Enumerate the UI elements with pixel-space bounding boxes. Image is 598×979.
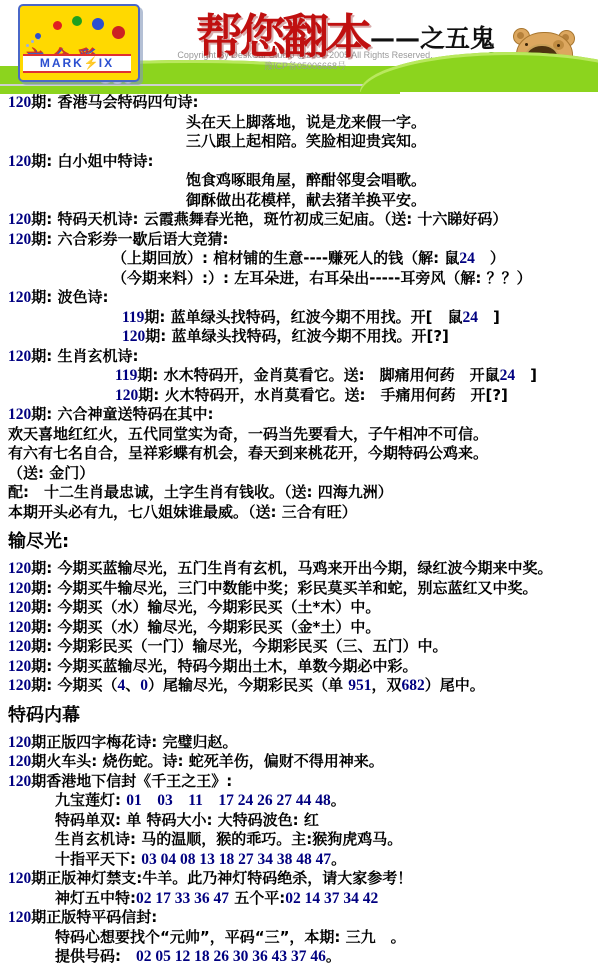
text-segment: ] [515,366,537,384]
text-segment: ） [475,249,505,267]
text-segment: 期: 特码天机诗: 云霞燕舞春光艳，斑竹初成三妃庙。（送: 十六睇好码） [31,210,507,228]
text-line: 120期: 今期买牛输尽光，三门中数能中奖；彩民莫买羊和蛇，别忘蓝红又中奖。 [8,579,596,599]
number-segment: 120 [8,211,31,228]
number-segment: 0 [140,677,148,694]
text-segment: ] [478,308,500,326]
text-line: 120期: 波色诗: [8,288,596,308]
number-segment: 24 [500,367,516,384]
text-segment: 期: 火木特码开，水肖莫看它。送: 手痛用何药 开[?] [138,386,508,404]
text-segment: 五个平: [229,889,285,907]
text-segment: （送: 金门） [8,464,94,482]
ball-icon [92,18,104,30]
text-segment: 期: 今期买（水）输尽光，今期彩民买（土*木）中。 [31,598,380,616]
number-segment: 120 [8,638,31,655]
text-line: 120期火车头: 烧伤蛇。诗: 蛇死羊伤，偏财不得用神来。 [8,752,596,772]
number-segment: 120 [115,387,138,404]
text-line: 三八跟上起相陪。笑脸相迎贵宾知。 [8,132,596,152]
lightning-icon: ⚡ [84,56,99,70]
text-line: 御酥做出花模样，献去猪羊换平安。 [8,191,596,211]
text-line: 欢天喜地红红火，五代同堂实为奇，一码当先要看大，子午相冲不可信。 [8,425,596,445]
text-line: 120期: 白小姐中特诗: [8,152,596,172]
number-segment: 120 [8,153,31,170]
text-segment: 特码单双: 单 特码大小: 大特码波色: 红 [55,811,319,829]
ball-icon [72,16,82,26]
text-line: 120期: 特码天机诗: 云霞燕舞春光艳，斑竹初成三妃庙。（送: 十六睇好码） [8,210,596,230]
number-segment: 120 [8,773,31,790]
text-line: （送: 金门） [8,464,596,484]
text-segment: 御酥做出花模样，献去猪羊换平安。 [186,191,426,209]
text-line: 120期正版神灯禁支:牛羊。此乃神灯特码绝杀，请大家参考！ [8,869,596,889]
text-segment: 期香港地下信封《千王之王》: [31,772,232,790]
text-segment: 期火车头: 烧伤蛇。诗: 蛇死羊伤，偏财不得用神来。 [31,752,383,770]
text-segment: 十指平天下: [55,850,141,868]
page-title: 帮您翻本——之五鬼 [196,0,495,67]
number-segment: 119 [122,309,144,326]
text-line: 120期: 六合彩券一歇后语大竞猜: [8,230,596,250]
number-segment: 120 [8,560,31,577]
text-line: 配: 十二生肖最忠诚，土字生肖有钱收。（送: 四海九洲） [8,483,596,503]
number-segment: 120 [8,870,31,887]
text-line: 120期: 今期买蓝输尽光，特码今期出土木，单数今期必中彩。 [8,657,596,677]
number-segment: 02 17 33 36 47 [136,890,229,907]
text-segment: 欢天喜地红红火，五代同堂实为奇，一码当先要看大，子午相冲不可信。 [8,425,488,443]
ball-icon [35,33,41,39]
text-segment: 期: 六合神童送特码在其中: [31,405,213,423]
text-segment: 期正版神灯禁支:牛羊。此乃神灯特码绝杀，请大家参考！ [31,869,412,887]
number-segment: 120 [8,599,31,616]
text-segment: 期: 今期彩民买（一门）输尽光，今期彩民买（三、五门）中。 [31,637,447,655]
text-line: 提供号码: 02 05 12 18 26 30 36 43 37 46。 [8,947,596,967]
text-segment: ）尾中。 [425,676,485,694]
text-segment: ，双 [371,676,401,694]
text-segment: 期正版特平码信封: [31,908,157,926]
text-segment: 生肖玄机诗: 马的温顺，猴的乖巧。主:猴狗虎鸡马。 [55,830,402,848]
logo-mark-six-text: MARK⚡IX [23,54,131,73]
number-segment: 24 [463,309,479,326]
bear-eye-icon [557,44,560,47]
text-line: 饱食鸡啄眼角屋，醉酣邻叟会唱歌。 [8,171,596,191]
text-segment: 期: 今期买蓝输尽光，五门生肖有玄机，马鸡来开出今期，绿红波今期来中奖。 [31,559,552,577]
text-line: 119期: 蓝单绿头找特码，红波今期不用找。开[ 鼠24 ] [8,308,596,328]
body-lines: 120期: 香港马会特码四句诗:头在天上脚落地，说是龙来假一字。三八跟上起相陪。… [0,88,598,967]
text-line: 120期: 今期买蓝输尽光，五门生肖有玄机，马鸡来开出今期，绿红波今期来中奖。 [8,559,596,579]
text-line: （今期来料）:）: 左耳朵进，右耳朵出-----耳旁风（解: ？？） [8,269,596,289]
text-segment: 期: 今期买（水）输尽光，今期彩民买（金*土）中。 [31,618,380,636]
title-subtitle: ——之五鬼 [370,24,495,53]
text-segment: 输尽光: [8,531,69,552]
text-line: 120期: 生肖玄机诗: [8,347,596,367]
text-segment: 期: 今期买（ [31,676,117,694]
text-line: 九宝莲灯: 01 03 11 17 24 26 27 44 48。 [8,791,596,811]
number-segment: 03 04 08 13 18 27 34 38 48 47 [141,851,331,868]
number-segment: 120 [8,406,31,423]
text-segment: （今期来料）:）: 左耳朵进，右耳朵出-----耳旁风（解: ？？） [112,269,532,287]
text-segment: ）尾输尽光，今期彩民买（单 [148,676,348,694]
text-line: 120期: 今期买（水）输尽光，今期彩民买（土*木）中。 [8,598,596,618]
text-line: 120期: 六合神童送特码在其中: [8,405,596,425]
number-segment: 119 [115,367,137,384]
text-segment: 。 [331,850,346,868]
text-line: （上期回放）: 棺材铺的生意----赚死人的钱（解: 鼠24 ） [8,249,596,269]
text-segment: 期: 六合彩券一歇后语大竞猜: [31,230,228,248]
text-segment: 期: 蓝单绿头找特码，红波今期不用找。开[?] [145,327,449,345]
text-segment: 有六有七名自合，呈祥彩蝶有机会，春天到来桃花开，今期特码公鸡来。 [8,444,488,462]
text-segment: 。 [326,947,341,965]
title-calligraphy: 帮您翻本 [196,10,368,65]
page-header: 六合彩 MARK⚡IX 帮您翻本——之五鬼 Copyright By DeskC… [0,0,598,88]
logo-mark-left: MARK [40,56,84,70]
text-segment: 期: 蓝单绿头找特码，红波今期不用找。开[ 鼠 [144,308,462,326]
text-line: 有六有七名自合，呈祥彩蝶有机会，春天到来桃花开，今期特码公鸡来。 [8,444,596,464]
mark-six-logo: 六合彩 MARK⚡IX [18,4,140,82]
number-segment: 120 [8,619,31,636]
text-line: 神灯五中特:02 17 33 36 47 五个平:02 14 37 34 42 [8,889,596,909]
text-line: 120期香港地下信封《千王之王》: [8,772,596,792]
text-segment: 神灯五中特: [55,889,136,907]
text-segment: 期: 白小姐中特诗: [31,152,153,170]
text-line: 头在天上脚落地，说是龙来假一字。 [8,113,596,133]
text-segment: 三八跟上起相陪。笑脸相迎贵宾知。 [186,132,426,150]
text-segment: 提供号码: [55,947,136,965]
text-line: 十指平天下: 03 04 08 13 18 27 34 38 48 47。 [8,850,596,870]
number-segment: 951 [348,677,371,694]
text-segment: 饱食鸡啄眼角屋，醉酣邻叟会唱歌。 [186,171,426,189]
text-line: 120期: 香港马会特码四句诗: [8,93,596,113]
number-segment: 120 [8,909,31,926]
text-segment: （上期回放）: 棺材铺的生意----赚死人的钱（解: 鼠 [112,249,459,267]
number-segment: 120 [8,94,31,111]
text-segment: 特码心想要找个“元帅”，平码“三”，本期: 三九 。 [55,928,406,946]
number-segment: 120 [8,677,31,694]
text-segment: 期: 今期买牛输尽光，三门中数能中奖；彩民莫买羊和蛇，别忘蓝红又中奖。 [31,579,537,597]
text-segment: 期: 今期买蓝输尽光，特码今期出土木，单数今期必中彩。 [31,657,417,675]
number-segment: 120 [8,580,31,597]
text-segment: 期: 生肖玄机诗: [31,347,138,365]
number-segment: 01 03 11 17 24 26 27 44 48 [126,792,331,809]
text-line: 120期: 今期买（水）输尽光，今期彩民买（金*土）中。 [8,618,596,638]
text-segment: 期: 水木特码开，金肖莫看它。送: 脚痛用何药 开鼠 [137,366,499,384]
text-line: 生肖玄机诗: 马的温顺，猴的乖巧。主:猴狗虎鸡马。 [8,830,596,850]
text-segment: 配: 十二生肖最忠诚，土字生肖有钱收。（送: 四海九洲） [8,483,393,501]
text-segment: 本期开头必有九，七八姐妹谁最威。（送: 三合有旺） [8,503,357,521]
number-segment: 120 [8,753,31,770]
text-segment: 九宝莲灯: [55,791,126,809]
section-heading: 输尽光: [8,531,596,553]
number-segment: 02 05 12 18 26 30 36 43 37 46 [136,948,326,965]
text-segment: 特码内幕 [8,705,80,726]
text-line: 120期正版特平码信封: [8,908,596,928]
text-segment: 、 [125,676,140,694]
number-segment: 682 [402,677,425,694]
text-segment: 。 [331,791,346,809]
text-line: 本期开头必有九，七八姐妹谁最威。（送: 三合有旺） [8,503,596,523]
number-segment: 24 [459,250,475,267]
ball-icon [53,21,62,30]
text-line: 120期正版四字梅花诗: 完璧归赵。 [8,733,596,753]
text-line: 120期: 蓝单绿头找特码，红波今期不用找。开[?] [8,327,596,347]
number-segment: 120 [8,734,31,751]
number-segment: 120 [122,328,145,345]
text-line: 特码单双: 单 特码大小: 大特码波色: 红 [8,811,596,831]
number-segment: 120 [8,658,31,675]
text-line: 特码心想要找个“元帅”，平码“三”，本期: 三九 。 [8,928,596,948]
text-segment: 期: 波色诗: [31,288,108,306]
number-segment: 120 [8,348,31,365]
logo-mark-right: IX [99,56,114,70]
text-line: 120期: 今期买（4、0）尾输尽光，今期彩民买（单 951，双682）尾中。 [8,676,596,696]
text-line: 120期: 今期彩民买（一门）输尽光，今期彩民买（三、五门）中。 [8,637,596,657]
text-segment: 头在天上脚落地，说是龙来假一字。 [186,113,426,131]
number-segment: 02 14 37 34 42 [285,890,378,907]
bear-eye-icon [525,43,528,46]
text-line: 119期: 水木特码开，金肖莫看它。送: 脚痛用何药 开鼠24 ] [8,366,596,386]
number-segment: 120 [8,289,31,306]
text-line: 120期: 火木特码开，水肖莫看它。送: 手痛用何药 开[?] [8,386,596,406]
number-segment: 120 [8,231,31,248]
ball-icon [112,26,125,39]
section-heading: 特码内幕 [8,705,596,727]
text-segment: 期正版四字梅花诗: 完璧归赵。 [31,733,237,751]
text-segment: 期: 香港马会特码四句诗: [31,93,198,111]
